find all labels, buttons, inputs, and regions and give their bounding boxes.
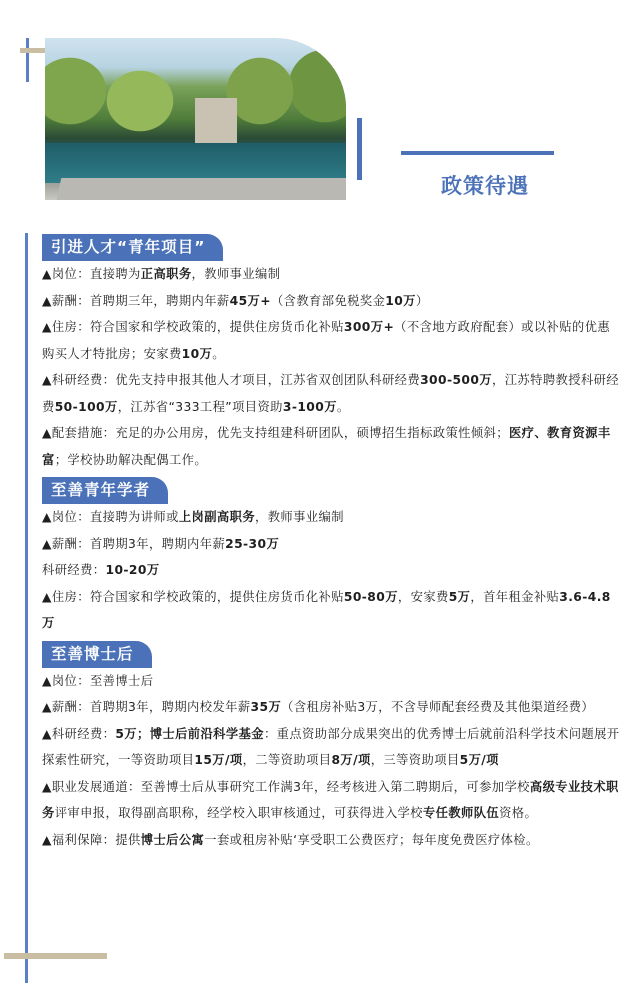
policy-item-research-funding: 科研经费：10-20万	[42, 557, 620, 584]
policy-item-housing: ▲住房：符合国家和学校政策的，提供住房货币化补贴50-80万，安家费5万，首年租…	[42, 584, 620, 637]
section-label: 引进人才“青年项目”	[42, 234, 223, 261]
policy-item-salary: ▲薪酬：首聘期3年，聘期内校发年薪35万（含租房补贴3万，不含导师配套经费及其他…	[42, 694, 620, 721]
policy-item-position: ▲岗位：至善博士后	[42, 668, 620, 695]
content-left-rail	[25, 233, 28, 983]
policy-item-position: ▲岗位：直接聘为正高职务，教师事业编制	[42, 261, 620, 288]
policy-item-salary: ▲薪酬：首聘期三年，聘期内年薪45万+（含教育部免税奖金10万）	[42, 288, 620, 315]
section-zhishan-young-scholar: 至善青年学者 ▲岗位：直接聘为讲师或上岗副高职务，教师事业编制 ▲薪酬：首聘期3…	[42, 477, 620, 637]
policy-item-benefits: ▲福利保障：提供博士后公寓一套或租房补贴‘享受职工公费医疗；每年度免费医疗体检。	[42, 827, 620, 854]
photo-stone-slab	[53, 178, 346, 200]
section-youth-program: 引进人才“青年项目” ▲岗位：直接聘为正高职务，教师事业编制 ▲薪酬：首聘期三年…	[42, 234, 620, 473]
photo-pool	[45, 143, 346, 183]
policy-content: 引进人才“青年项目” ▲岗位：直接聘为正高职务，教师事业编制 ▲薪酬：首聘期三年…	[42, 234, 620, 857]
policy-item-research-funding: ▲科研经费：优先支持申报其他人才项目，江苏省双创团队科研经费300-500万，江…	[42, 367, 620, 420]
policy-item-research-funding: ▲科研经费：5万；博士后前沿科学基金：重点资助部分成果突出的优秀博士后就前沿科学…	[42, 721, 620, 774]
page-title: 政策待遇	[420, 170, 550, 200]
photo-building	[195, 98, 237, 148]
policy-item-support: ▲配套措施：充足的办公用房，优先支持组建科研团队，硕博招生指标政策性倾斜；医疗、…	[42, 420, 620, 473]
policy-item-career-path: ▲职业发展通道：至善博士后从事研究工作满3年，经考核进入第二聘期后，可参加学校高…	[42, 774, 620, 827]
title-underline-bar	[401, 151, 554, 155]
photo-side-bar	[357, 118, 362, 180]
section-label: 至善博士后	[42, 641, 152, 668]
policy-item-salary: ▲薪酬：首聘期3年，聘期内年薪25-30万	[42, 531, 620, 558]
section-zhishan-postdoc: 至善博士后 ▲岗位：至善博士后 ▲薪酬：首聘期3年，聘期内校发年薪35万（含租房…	[42, 641, 620, 854]
section-label: 至善青年学者	[42, 477, 168, 504]
corner-vertical-bar	[26, 38, 29, 82]
policy-item-housing: ▲住房：符合国家和学校政策的，提供住房货币化补贴300万+（不含地方政府配套）或…	[42, 314, 620, 367]
bottom-horizontal-bar	[4, 953, 107, 959]
policy-item-position: ▲岗位：直接聘为讲师或上岗副高职务，教师事业编制	[42, 504, 620, 531]
campus-fountain-photo	[45, 38, 346, 200]
